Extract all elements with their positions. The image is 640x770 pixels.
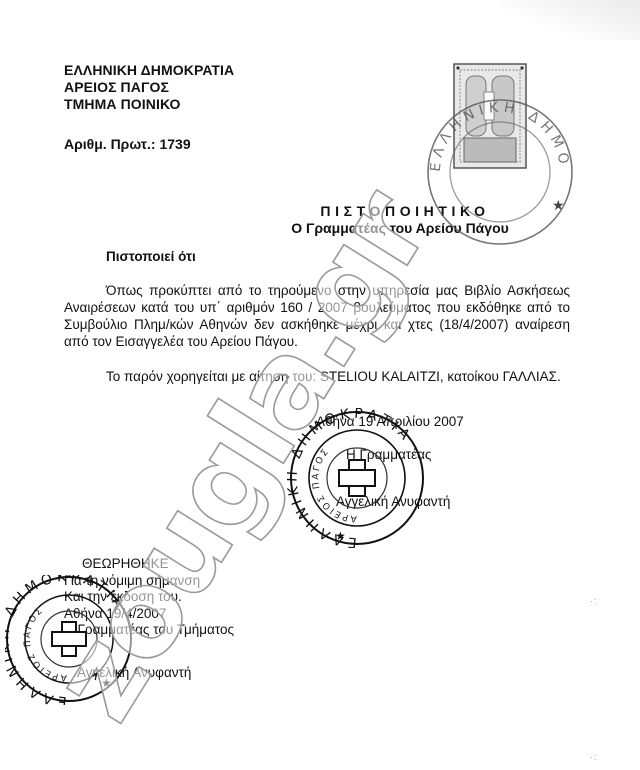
endorsement-line-4: Η Γραμματέας του Τμήματος: [64, 622, 234, 639]
svg-text:★: ★: [335, 529, 346, 543]
svg-text:ΕΛΛΗΝΙΚΗ ΔΗΜΟΚΡΑΤΙΑ: ΕΛΛΗΝΙΚΗ ΔΗΜΟΚΡΑΤΙΑ: [420, 92, 572, 173]
endorsement-line-1: Για τη νόμιμη σήμανση: [64, 573, 234, 590]
scan-shadow: [500, 0, 640, 40]
scan-speck: ·:: [590, 596, 598, 606]
certifies-heading: Πιστοποιεί ότι: [106, 249, 196, 264]
body-paragraph-1: Όπως προκύπτει από το τηρούμενο στην υπη…: [64, 282, 570, 350]
endorsement-name: Αγγελική Ανυφαντή: [64, 665, 234, 682]
signature-name: Αγγελική Ανυφαντή: [336, 493, 450, 510]
endorsement-line-2: Και την έκδοση του.: [64, 589, 234, 606]
header-line-department: ΤΜΗΜΑ ΠΟΙΝΙΚΟ: [64, 96, 234, 113]
document-subtitle: Ο Γραμματέας του Αρείου Πάγου: [0, 220, 640, 236]
signature-place-date: Αθήνα 19 Απριλίου 2007: [316, 413, 464, 430]
header-line-country: ΕΛΛΗΝΙΚΗ ΔΗΜΟΚΡΑΤΙΑ: [64, 62, 234, 79]
header-line-court: ΑΡΕΙΟΣ ΠΑΓΟΣ: [64, 79, 234, 96]
protocol-label: Αριθμ. Πρωτ.:: [64, 136, 156, 152]
endorsement-title: ΘΕΩΡΗΘΗΚΕ: [64, 556, 234, 573]
scan-speck: ·:: [590, 752, 598, 762]
protocol-value: 1739: [159, 136, 190, 152]
document-header: ΕΛΛΗΝΙΚΗ ΔΗΜΟΚΡΑΤΙΑ ΑΡΕΙΟΣ ΠΑΓΟΣ ΤΜΗΜΑ Π…: [64, 62, 234, 113]
document-page: ΕΛΛΗΝΙΚΗ ΔΗΜΟΚΡΑΤΙΑ ΑΡΕΙΟΣ ΠΑΓΟΣ ΤΜΗΜΑ Π…: [0, 0, 640, 770]
revenue-stamp-icon: [452, 62, 528, 170]
signature-role: Η Γραμματέας: [346, 446, 431, 463]
endorsement-block: ΘΕΩΡΗΘΗΚΕ Για τη νόμιμη σήμανση Και την …: [64, 556, 234, 681]
body-paragraph-2-text: Το παρόν χορηγείται με αίτηση του: STELI…: [106, 369, 561, 384]
protocol-number: Αριθμ. Πρωτ.: 1739: [64, 136, 191, 152]
endorsement-line-3: Αθήνα 19/4/2007: [64, 606, 234, 623]
body-paragraph-2: Το παρόν χορηγείται με αίτηση του: STELI…: [64, 368, 570, 385]
document-title: ΠΙΣΤΟΠΟΙΗΤΙΚΟ: [0, 203, 640, 219]
svg-text:ΑΡΕΙΟΣ ΠΑΓΟΣ: ΑΡΕΙΟΣ ΠΑΓΟΣ: [23, 605, 68, 682]
body-paragraph-1-text: Όπως προκύπτει από το τηρούμενο στην υπη…: [64, 283, 570, 349]
